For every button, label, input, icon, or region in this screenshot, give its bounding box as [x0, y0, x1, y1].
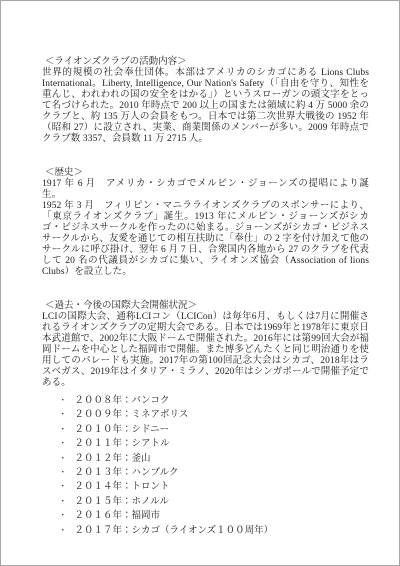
section-history-heading: ＜歴史＞ — [42, 168, 369, 179]
section-conventions-body: LCIの国際大会、通称LCIコン（LCICon）は毎年6月、もしくは7月に開催さ… — [42, 312, 369, 389]
section-conventions-heading: ＜過去・今後の国際大会開催状況＞ — [42, 301, 369, 312]
convention-list-item: ・２００８年：バンコク — [58, 394, 369, 408]
history-entry-1952: 1952 年 3 月 フィリピン・マニラライオンズクラブのスポンサーにより、「東… — [42, 201, 369, 278]
section-activities-heading: ＜ライオンズクラブの活動内容＞ — [42, 57, 369, 68]
convention-list-item: ・２０１４年：トロント — [58, 480, 369, 494]
bullet-marker: ・ — [59, 482, 67, 494]
convention-list-item: ・２０１５年：ホノルル — [58, 495, 369, 509]
section-activities: ＜ライオンズクラブの活動内容＞ 世界的規模の社会奉仕団体。本部はアメリカのシカゴ… — [42, 57, 369, 145]
convention-item-text: ２０１５年：ホノルル — [75, 497, 169, 507]
bullet-marker: ・ — [59, 439, 67, 451]
convention-item-text: ２００９年：ミネアポリス — [75, 410, 189, 420]
document-page: ＜ライオンズクラブの活動内容＞ 世界的規模の社会奉仕団体。本部はアメリカのシカゴ… — [0, 0, 400, 566]
section-conventions: ＜過去・今後の国際大会開催状況＞ LCIの国際大会、通称LCIコン（LCICon… — [42, 301, 369, 538]
bullet-marker: ・ — [59, 395, 67, 407]
convention-list-item: ・２０１３年：ハンブルク — [58, 466, 369, 480]
bullet-marker: ・ — [59, 424, 67, 436]
bullet-marker: ・ — [59, 496, 67, 508]
convention-item-text: ２０１６年：福岡市 — [75, 511, 161, 521]
convention-item-text: ２０１４年：トロント — [75, 482, 170, 492]
convention-list-item: ・２０１０年：シドニー — [58, 423, 369, 437]
convention-item-text: ２０１０年：シドニー — [75, 425, 170, 435]
document-content: ＜ライオンズクラブの活動内容＞ 世界的規模の社会奉仕団体。本部はアメリカのシカゴ… — [42, 57, 369, 538]
convention-item-text: ２０１１年：シアトル — [75, 439, 170, 449]
convention-list-item: ・２０１６年：福岡市 — [58, 509, 369, 523]
bullet-marker: ・ — [59, 511, 67, 523]
convention-item-text: ２０１７年：シカゴ（ライオンズ１００周年） — [75, 526, 274, 536]
convention-item-text: ２００８年：バンコク — [75, 396, 170, 406]
bullet-marker: ・ — [59, 410, 67, 422]
convention-item-text: ２０１３年：ハンブルク — [75, 468, 179, 478]
section-activities-body: 世界的規模の社会奉仕団体。本部はアメリカのシカゴにある Lions Clubs … — [42, 68, 369, 145]
convention-list-item: ・２００９年：ミネアポリス — [58, 408, 369, 422]
convention-list-item: ・２０１２年：釜山 — [58, 452, 369, 466]
convention-list-item: ・２０１７年：シカゴ（ライオンズ１００周年） — [58, 524, 369, 538]
bullet-marker: ・ — [59, 467, 67, 479]
convention-list-item: ・２０１１年：シアトル — [58, 437, 369, 451]
history-entry-1917: 1917 年 6 月 アメリカ・シカゴでメルビン・ジョーンズの提唱により誕生。 — [42, 179, 369, 201]
convention-item-text: ２０１２年：釜山 — [75, 454, 151, 464]
convention-year-list: ・２００８年：バンコク ・２００９年：ミネアポリス ・２０１０年：シドニー ・２… — [42, 394, 369, 538]
bullet-marker: ・ — [59, 525, 67, 537]
bullet-marker: ・ — [59, 453, 67, 465]
section-history: ＜歴史＞ 1917 年 6 月 アメリカ・シカゴでメルビン・ジョーンズの提唱によ… — [42, 168, 369, 278]
